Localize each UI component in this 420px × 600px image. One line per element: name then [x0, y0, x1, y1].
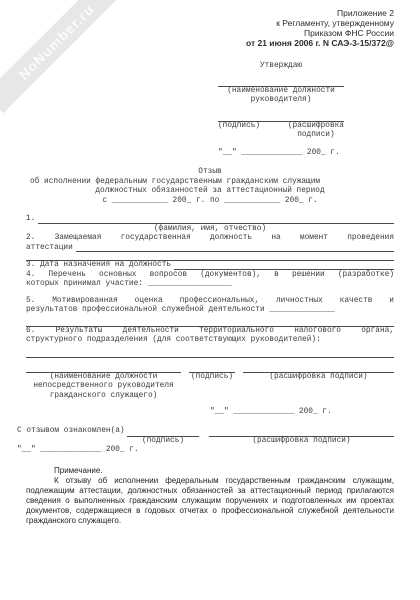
blank-line — [26, 253, 394, 261]
form-item-2-blank: аттестации — [26, 244, 394, 254]
blank-line — [174, 261, 394, 270]
approval-date-line: "__" _____________ 200_ г. — [218, 149, 344, 159]
blank-line — [76, 244, 394, 253]
header-order: Приказом ФНС России — [26, 28, 394, 38]
note-heading: Примечание. — [54, 466, 394, 476]
form-item-4-blank: которых принимал участие: ______________… — [26, 280, 394, 290]
signature-caption: (подпись) — [218, 122, 260, 141]
signature-caption: (подпись) — [127, 437, 199, 447]
transcript-caption: (расшифровка подписи) — [288, 122, 344, 141]
form-item-6-continued: структурного подразделения (для соответс… — [26, 336, 394, 346]
acknowledgement-text: С отзывом ознакомлен(а) — [17, 427, 127, 437]
signature-block: (наименование должности (подпись) (расши… — [26, 358, 394, 402]
form-item-3: 3. Дата назначения на должность — [26, 261, 394, 271]
position-caption: руководителя) — [218, 96, 344, 106]
form-item-1: 1. — [26, 215, 394, 225]
form-item-2: 2. Замещаемая государственная должность … — [26, 234, 394, 244]
blank-line — [127, 427, 199, 437]
blank-line — [38, 215, 394, 224]
header-appendix: Приложение 2 — [26, 8, 394, 18]
header-regulation: к Регламенту, утвержденному — [26, 18, 394, 28]
form-body: 1. (фамилия, имя, отчество) 2. Замещаема… — [26, 215, 394, 526]
acknowledgement-block: С отзывом ознакомлен(а) (подпись) (расши… — [17, 427, 394, 456]
position-caption: (наименование должности — [218, 87, 344, 97]
blank-line — [209, 427, 394, 437]
header-order-date: от 21 июня 2006 г. N САЭ-3-15/372@ — [26, 38, 394, 48]
form-item-5-blank: результатов профессиональной служебной д… — [26, 306, 394, 316]
position-caption: (наименование должности — [26, 373, 181, 383]
blank-line — [243, 358, 394, 373]
title-line: с ____________ 200_ г. по ____________ 2… — [26, 197, 394, 207]
document-page: Приложение 2 к Регламенту, утвержденному… — [0, 0, 420, 526]
transcript-caption: (расшифровка подписи) — [209, 437, 394, 447]
note-block: Примечание. К отзыву об исполнении федер… — [26, 466, 394, 526]
fullname-caption: (фамилия, имя, отчество) — [26, 225, 394, 235]
position-caption: гражданского служащего) — [26, 392, 181, 402]
signature-date-line: "__" _____________ 200_ г. — [210, 408, 394, 418]
blank-line — [26, 316, 394, 327]
blank-line — [26, 358, 181, 373]
note-text: К отзыву об исполнении федеральным госуд… — [26, 476, 394, 526]
blank-line — [189, 358, 235, 373]
form-item-5: 5. Мотивированная оценка профессиональны… — [26, 297, 394, 307]
title-line: должностных обязанностей за аттестационн… — [26, 187, 394, 197]
document-header: Приложение 2 к Регламенту, утвержденному… — [26, 8, 394, 48]
form-item-6: 6. Результаты деятельности территориальн… — [26, 327, 394, 337]
approval-block: Утверждаю (наименование должности руково… — [218, 62, 344, 158]
blank-line — [218, 72, 344, 87]
document-title: Отзыв об исполнении федеральным государс… — [26, 168, 394, 206]
title-line: об исполнении федеральным государственны… — [30, 178, 394, 188]
acknowledgement-date-line: "__" _____________ 200_ г. — [17, 446, 394, 456]
approve-label: Утверждаю — [218, 62, 344, 72]
position-caption: непосредственного руководителя — [26, 382, 181, 392]
signature-caption: (подпись) — [189, 373, 235, 383]
title-line: Отзыв — [26, 168, 394, 178]
form-item-4: 4. Перечень основных вопросов (документо… — [26, 271, 394, 281]
blank-line — [218, 106, 344, 122]
blank-line — [26, 346, 394, 358]
transcript-caption: (расшифровка подписи) — [243, 373, 394, 383]
